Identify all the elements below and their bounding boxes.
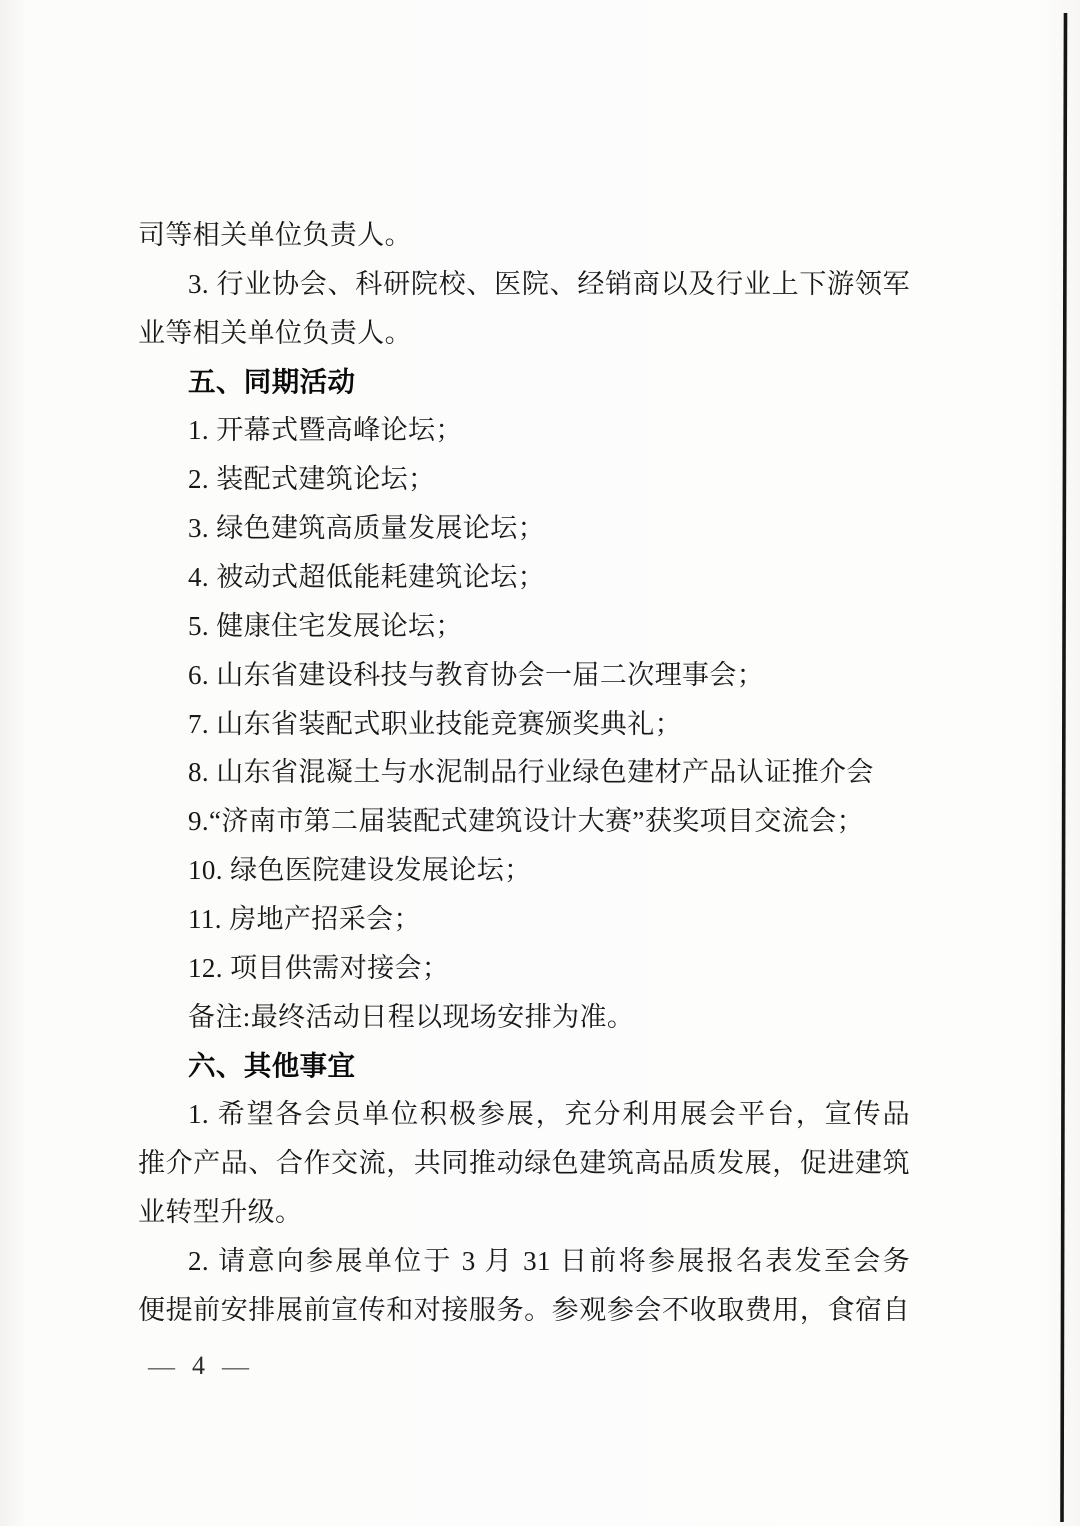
activity-item-11: 11. 房地产招采会； (138, 895, 910, 944)
page-number-left-dash: — (148, 1353, 175, 1380)
activity-item-9: 9.“济南市第二届装配式建筑设计大赛”获奖项目交流会； (138, 797, 910, 846)
document-body: 司等相关单位负责人。 3. 行业协会、科研院校、医院、经销商以及行业上下游领军企… (138, 211, 910, 1335)
activity-item-10: 10. 绿色医院建设发展论坛； (138, 846, 910, 895)
activity-item-6: 6. 山东省建设科技与教育协会一届二次理事会； (138, 651, 910, 700)
schedule-note: 备注:最终活动日程以现场安排为准。 (138, 993, 910, 1042)
attendee-item-3-line-2: 业等相关单位负责人。 (138, 309, 910, 358)
activity-item-7: 7. 山东省装配式职业技能竞赛颁奖典礼； (138, 700, 910, 749)
other-item-1-line-1: 1. 希望各会员单位积极参展，充分利用展会平台，宣传品牌、 (138, 1090, 910, 1139)
activity-item-1: 1. 开幕式暨高峰论坛； (138, 406, 910, 455)
activity-item-8: 8. 山东省混凝土与水泥制品行业绿色建材产品认证推介会 (138, 748, 910, 797)
attendee-item-3-line-1: 3. 行业协会、科研院校、医院、经销商以及行业上下游领军企 (138, 260, 910, 309)
activity-item-4: 4. 被动式超低能耗建筑论坛； (138, 553, 910, 602)
scanned-document-page: 司等相关单位负责人。 3. 行业协会、科研院校、医院、经销商以及行业上下游领军企… (0, 0, 1080, 1526)
paragraph-continuation-line: 司等相关单位负责人。 (138, 211, 910, 260)
section-6-heading: 六、其他事宜 (138, 1042, 910, 1091)
activity-item-12: 12. 项目供需对接会； (138, 944, 910, 993)
other-item-1-line-2: 推介产品、合作交流，共同推动绿色建筑高品质发展，促进建筑产 (138, 1139, 910, 1188)
other-item-2-line-2: 便提前安排展前宣传和对接服务。参观参会不收取费用，食宿自理。 (138, 1286, 910, 1335)
other-item-1-line-3: 业转型升级。 (138, 1188, 910, 1237)
activity-item-2: 2. 装配式建筑论坛； (138, 455, 910, 504)
activity-item-5: 5. 健康住宅发展论坛； (138, 602, 910, 651)
page-number-right-dash: — (222, 1353, 249, 1380)
other-item-2-line-1: 2. 请意向参展单位于 3 月 31 日前将参展报名表发至会务组，以 (138, 1237, 910, 1286)
page-number-value: 4 (192, 1353, 205, 1379)
activity-item-3: 3. 绿色建筑高质量发展论坛； (138, 504, 910, 553)
page-number: — 4 — (148, 1346, 249, 1386)
section-5-heading: 五、同期活动 (138, 358, 910, 407)
